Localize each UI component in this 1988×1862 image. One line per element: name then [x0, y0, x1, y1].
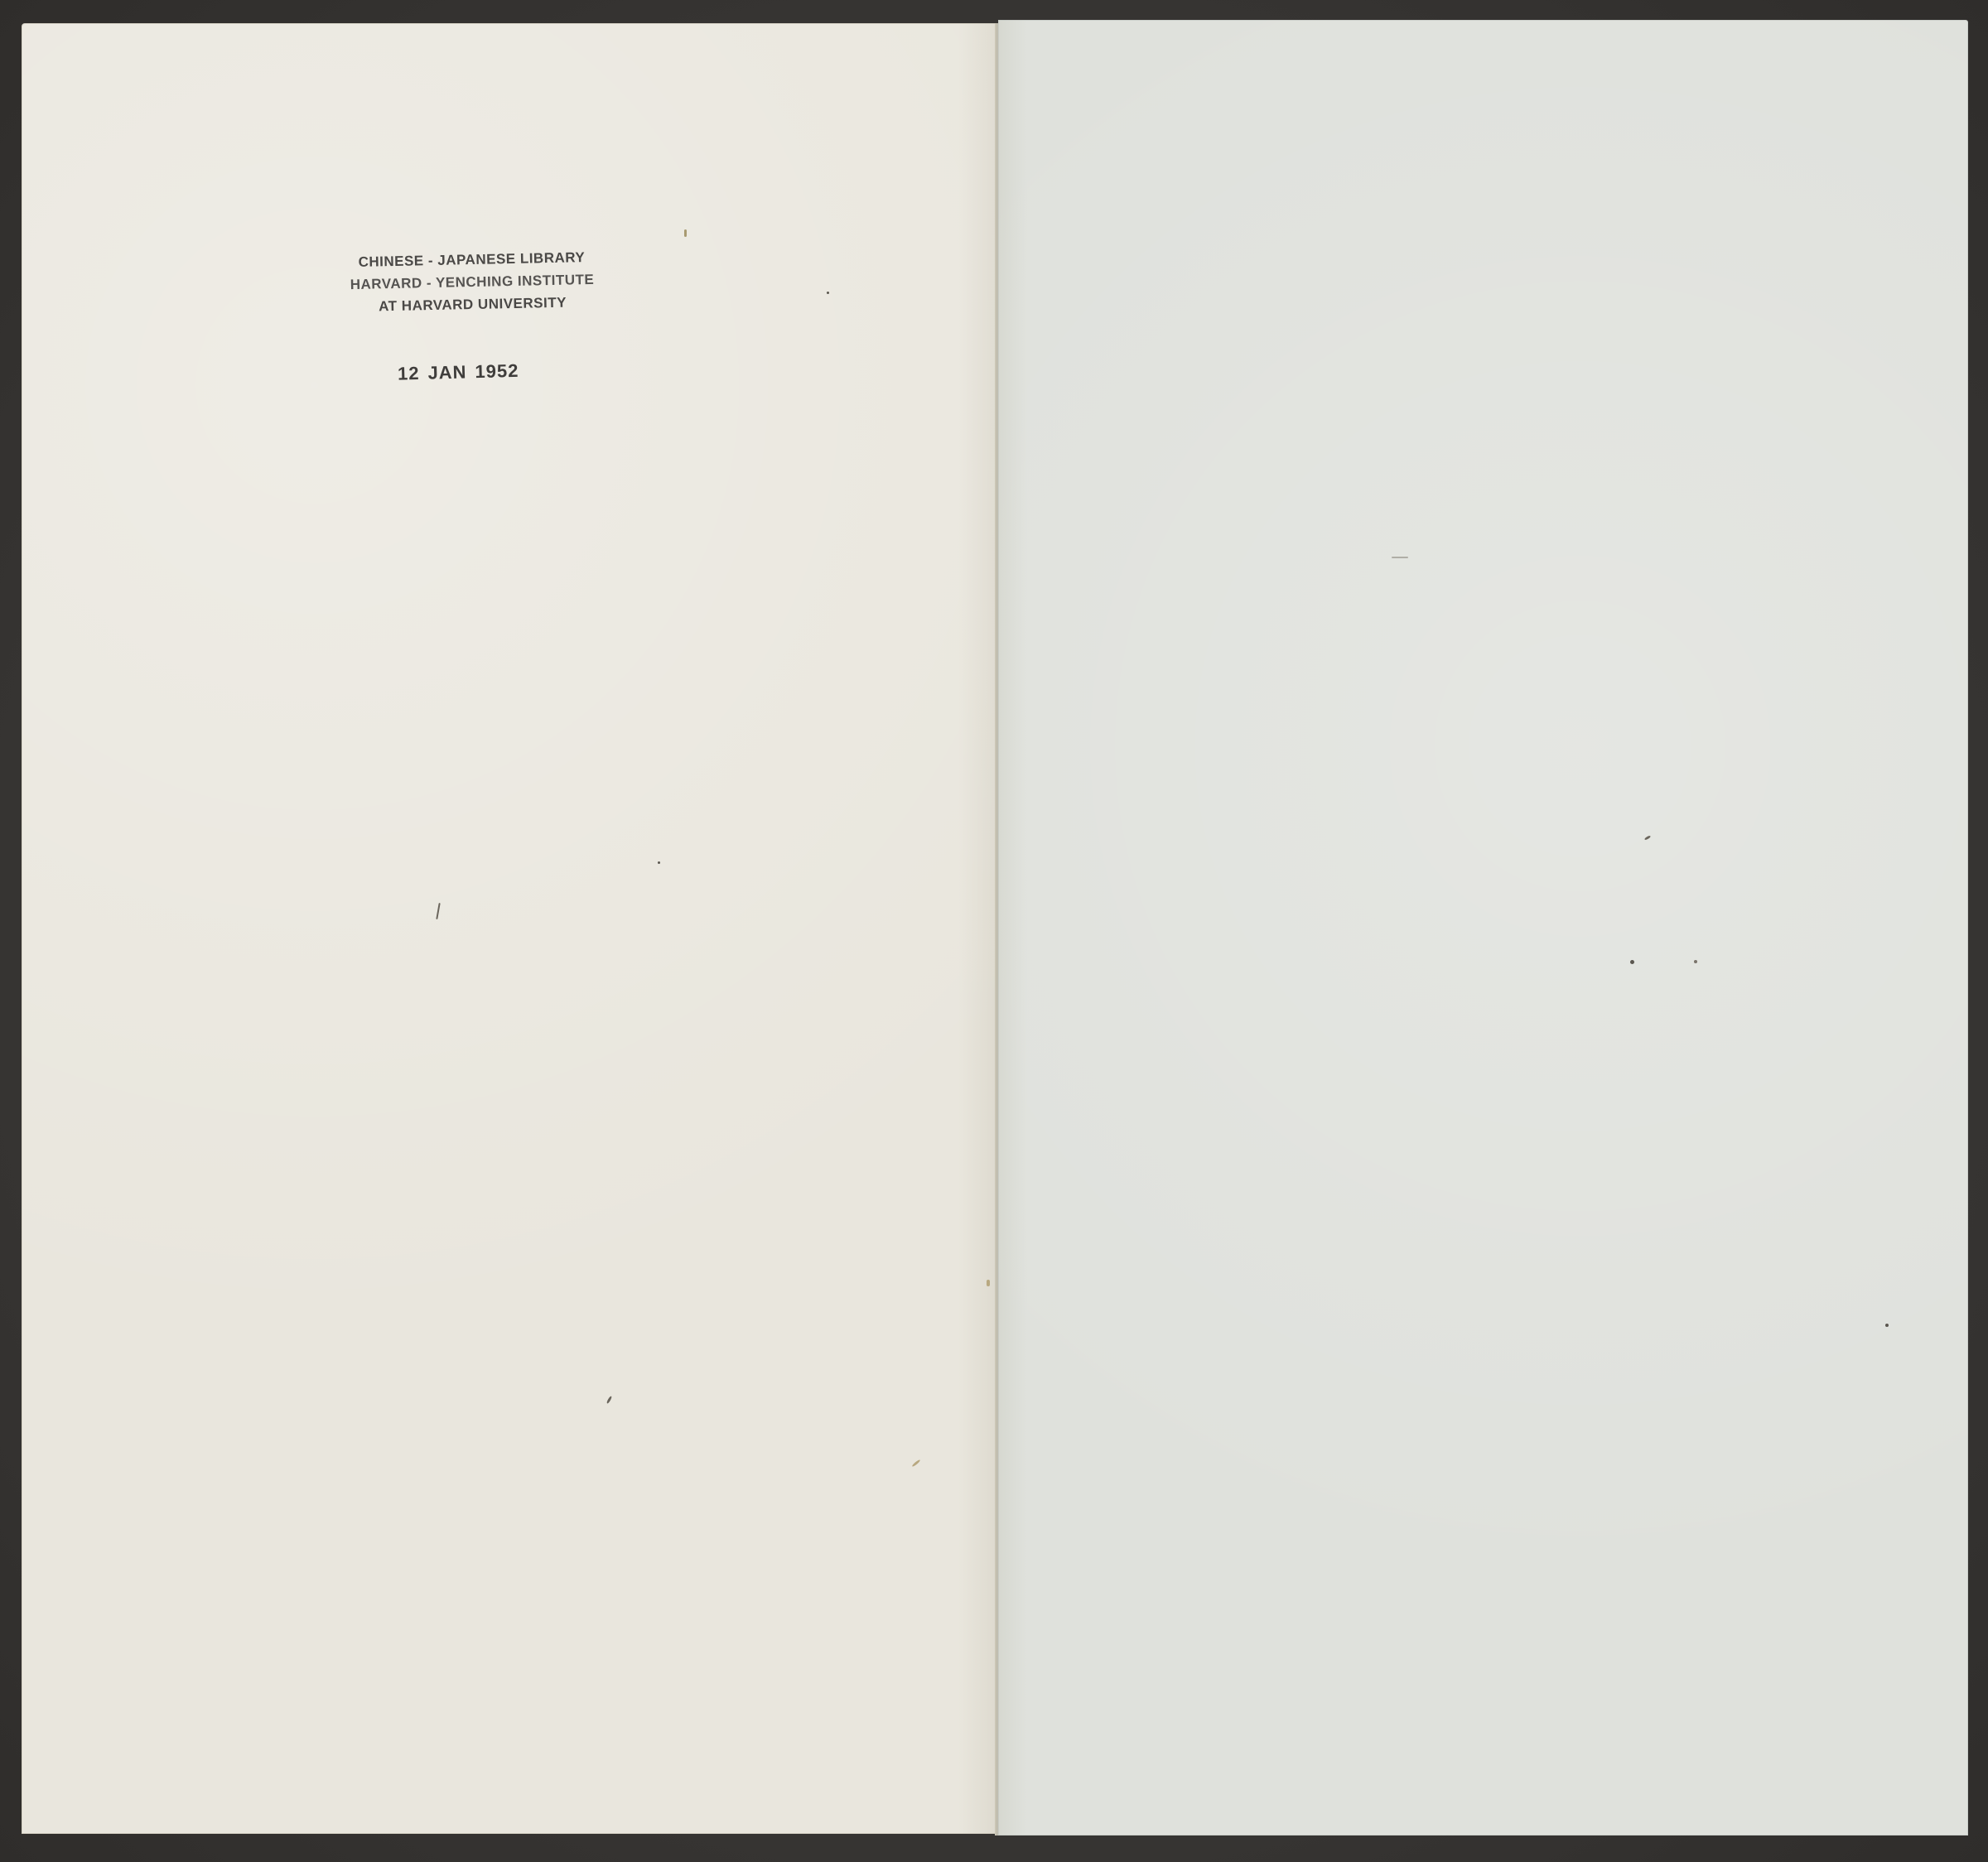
stamp-date-day: 12: [398, 363, 420, 384]
stamp-date-year: 1952: [475, 360, 519, 382]
library-stamp: CHINESE - JAPANESE LIBRARY HARVARD - YEN…: [331, 245, 614, 318]
stamp-date-month: JAN: [427, 361, 467, 383]
paper-fleck: [1392, 557, 1408, 558]
paper-fleck: [1630, 960, 1634, 964]
paper-fleck: [684, 229, 687, 237]
paper-fleck: [987, 1280, 990, 1286]
paper-fleck: [658, 861, 660, 864]
paper-fleck: [1885, 1324, 1889, 1327]
stamp-date: 12JAN1952: [398, 359, 564, 384]
paper-fleck: [1694, 960, 1697, 963]
right-page: [998, 20, 1968, 1835]
paper-fleck: [827, 292, 829, 294]
